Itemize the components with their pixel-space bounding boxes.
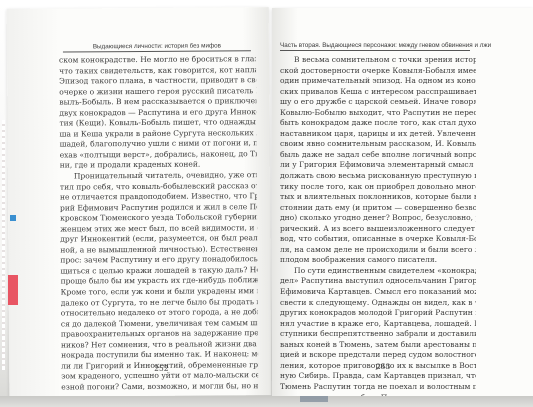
page-body: ском конокрадстве. Не могло не броситься… [59,54,258,403]
text-line: шу о его дружбе с царской семьей. Иначе … [280,97,476,108]
text-line: ехав «полтыщи верст», добрались, наконец… [60,149,257,161]
page-number: 253 [376,362,390,371]
text-line: дно) сколько угодно денег? Вопрос, безус… [280,213,476,224]
text-line: Тюмень Распутин тогда не поехал и волост… [280,382,476,393]
text-line: других конокрадов молодой Григорий Распу… [280,308,476,319]
red-edge-mark [8,275,18,305]
text-line: тых и влиятельных поклонников, которые б… [280,192,476,203]
text-line: быть конокрадом даже после того, как ста… [280,118,476,129]
left-page: Выдающиеся личности: история без мифов с… [7,7,272,397]
text-line: ли у Григория Ефимовича элементарный смы… [280,160,476,171]
text-line: дел» Распутина выступил односельчанин Гр… [280,276,476,287]
text-line: ступники беспрепятственно забрали и дост… [280,329,476,340]
text-line: быль даже не задал себе вполне логичный … [280,150,476,161]
book-bottom-edge [0,396,533,407]
text-line: Ефимовича Картавцев. Смысл его показаний… [280,287,476,298]
page-number: 252 [154,364,168,373]
text-line: ную Сибирь. Правда, сам Картавцев призна… [280,371,476,382]
text-line: должать свою весьма рискованную преступн… [280,171,476,182]
text-line: тику после того, как он приобрел довольн… [280,182,476,193]
text-line: рический. А из всего вышеизложенного сле… [280,224,476,235]
text-line: вод, что события, описанные в очерке Ков… [280,234,476,245]
text-line: Проницательный читатель, очевидно, уже о… [60,170,257,182]
text-line: нял участие в краже его, Картавцева, лош… [280,319,476,330]
text-line: В весьма сомнительном с точки зрения ист… [280,55,476,66]
text-line: стоянии дать ему (и притом — совершенно … [280,203,476,214]
text-line: ской достоверности очерке Ковыля-Бобыля … [280,66,476,77]
text-line: ля, на самом деле не происходили и были … [280,245,476,256]
text-line: ваных коней в Тюмень, затем были арестов… [280,340,476,351]
text-line: цией и вскоре предстали перед судом воло… [280,350,476,361]
text-line: езной погони? Сами, возможно, и могли бы… [61,381,258,393]
cover-print [300,396,328,402]
text-line: свести к следующему. Однажды он видел, к… [280,298,476,309]
text-line: наставником царя, царицы и их детей. Увл… [280,129,476,140]
text-line: ских привалов Кеша с интересом расспраши… [280,87,476,98]
page-edges [2,120,5,370]
text-line: По сути единственным свидетелем «конокра… [280,266,476,277]
running-head: Выдающиеся личности: история без мифов [63,42,251,52]
text-line: один примечательный эпизод. На одном из … [280,76,476,87]
running-head: Часть вторая. Выдающиеся персонажи: межд… [280,42,470,51]
text-line: своим явно сомнительным рассказом, И. Ко… [280,139,476,150]
text-line: плодом воображения самого писателя. [280,255,476,266]
open-book: Выдающиеся личности: история без мифов с… [8,8,533,400]
page-body: В весьма сомнительном с точки зрения ист… [280,55,476,403]
text-line: Кроме того, если уж кони и были украдены… [61,286,258,298]
text-line: ском конокрадстве. Не могло не броситься… [59,54,256,66]
blue-edge-mark [10,215,16,221]
text-line: Ковылю-Бобылю выходит, что Распутин не п… [280,108,476,119]
book-fore-edge [0,120,20,370]
right-page: Часть вторая. Выдающиеся персонажи: межд… [272,8,533,396]
